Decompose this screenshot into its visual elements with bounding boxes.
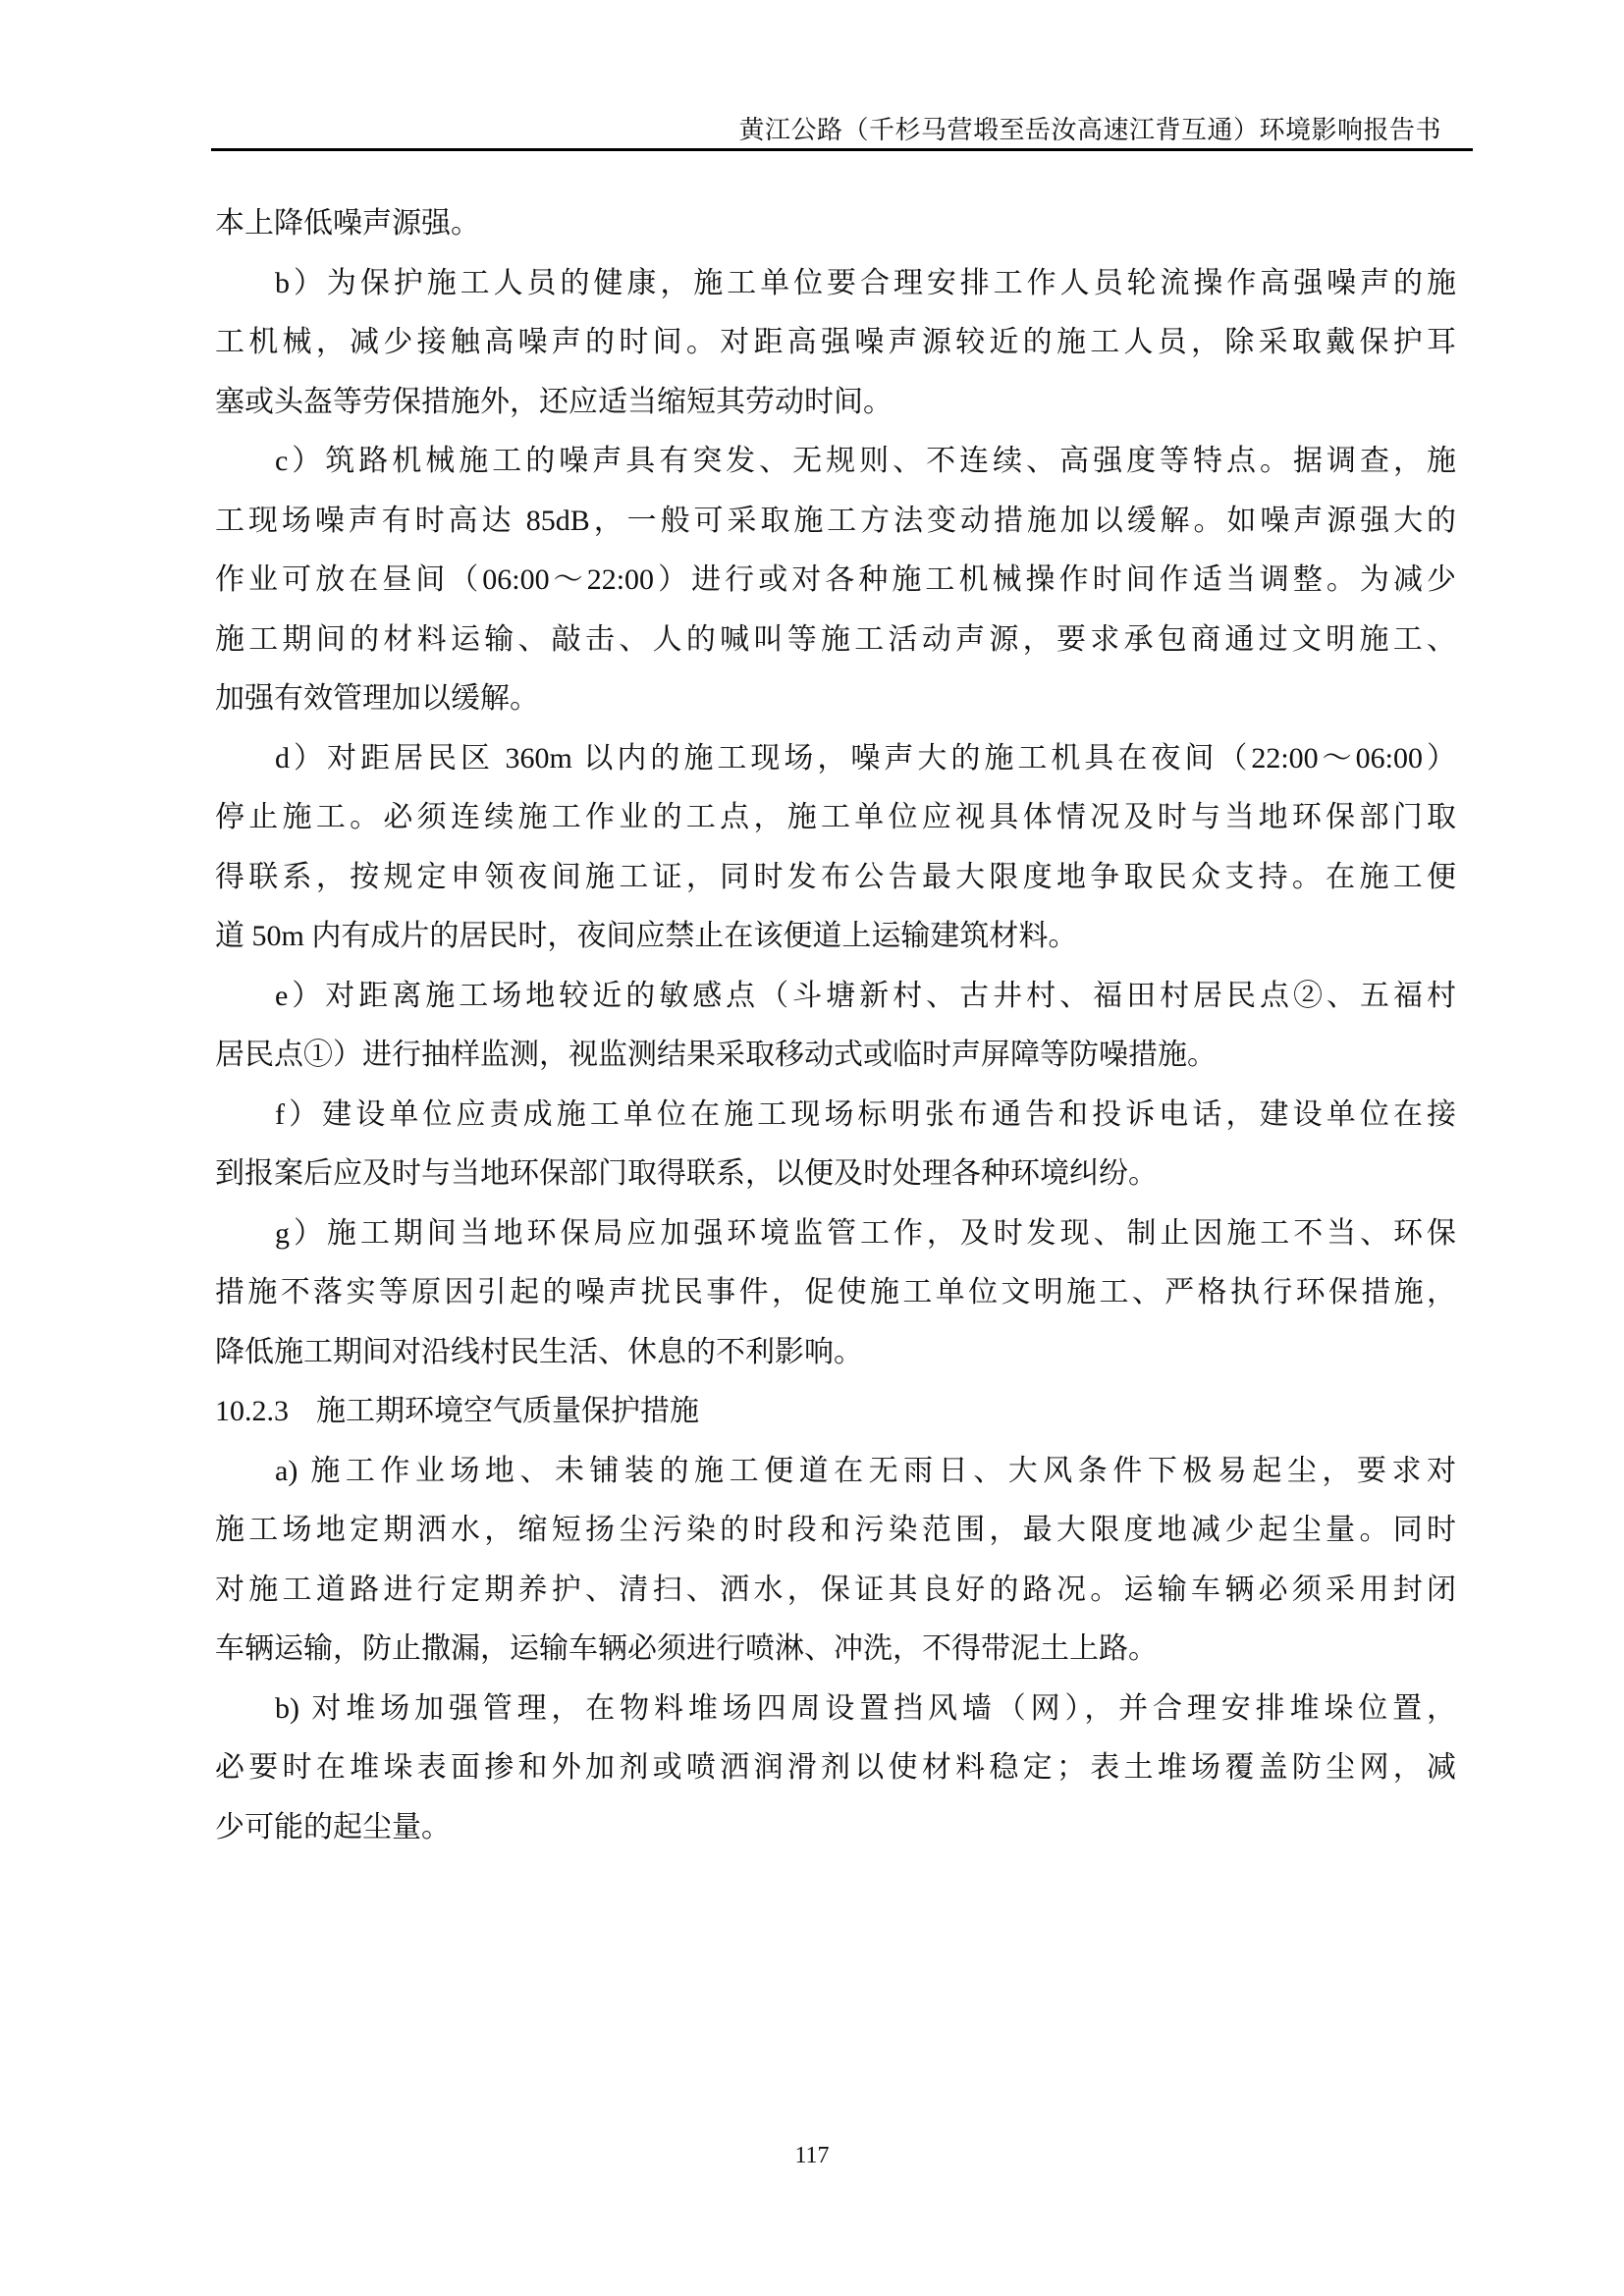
text-line: a) 施工作业场地、未铺装的施工便道在无雨日、大风条件下极易起尘，要求对	[215, 1452, 1456, 1512]
text-line: 工机械，减少接触高噪声的时间。对距高强噪声源较近的施工人员，除采取戴保护耳	[215, 323, 1456, 383]
text-line: 降低施工期间对沿线村民生活、休息的不利影响。	[215, 1333, 1456, 1393]
header-rule	[211, 148, 1473, 151]
text-line: 工现场噪声有时高达 85dB，一般可采取施工方法变动措施加以缓解。如噪声源强大的	[215, 502, 1456, 561]
text-line: 必要时在堆垛表面掺和外加剂或喷洒润滑剂以使材料稳定；表土堆场覆盖防尘网，减	[215, 1748, 1456, 1808]
text-line: 得联系，按规定申领夜间施工证，同时发布公告最大限度地争取民众支持。在施工便	[215, 858, 1456, 918]
document-body: 本上降低噪声源强。 b）为保护施工人员的健康，施工单位要合理安排工作人员轮流操作…	[215, 204, 1456, 1867]
section-heading: 10.2.3施工期环境空气质量保护措施	[215, 1392, 1456, 1452]
text-line: 塞或头盔等劳保措施外，还应适当缩短其劳动时间。	[215, 383, 1456, 443]
text-line: 对施工道路进行定期养护、清扫、洒水，保证其良好的路况。运输车辆必须采用封闭	[215, 1571, 1456, 1630]
text-line: 作业可放在昼间（06:00～22:00）进行或对各种施工机械操作时间作适当调整。…	[215, 561, 1456, 620]
page-number: 117	[0, 2143, 1624, 2169]
text-line: 道 50m 内有成片的居民时，夜间应禁止在该便道上运输建筑材料。	[215, 917, 1456, 977]
text-line: b）为保护施工人员的健康，施工单位要合理安排工作人员轮流操作高强噪声的施	[215, 264, 1456, 324]
text-line: b) 对堆场加强管理，在物料堆场四周设置挡风墙（网），并合理安排堆垛位置，	[215, 1689, 1456, 1749]
text-line: 本上降低噪声源强。	[215, 204, 1456, 264]
text-line: 施工期间的材料运输、敲击、人的喊叫等施工活动声源，要求承包商通过文明施工、	[215, 620, 1456, 680]
text-line: f）建设单位应责成施工单位在施工现场标明张布通告和投诉电话，建设单位在接	[215, 1095, 1456, 1155]
section-number: 10.2.3	[215, 1395, 289, 1427]
text-line: e）对距离施工场地较近的敏感点（斗塘新村、古井村、福田村居民点②、五福村	[215, 977, 1456, 1037]
text-line: 施工场地定期洒水，缩短扬尘污染的时段和污染范围，最大限度地减少起尘量。同时	[215, 1511, 1456, 1571]
text-line: 少可能的起尘量。	[215, 1808, 1456, 1868]
text-line: 居民点①）进行抽样监测，视监测结果采取移动式或临时声屏障等防噪措施。	[215, 1036, 1456, 1095]
section-title: 施工期环境空气质量保护措施	[316, 1395, 699, 1427]
text-line: 停止施工。必须连续施工作业的工点，施工单位应视具体情况及时与当地环保部门取	[215, 798, 1456, 858]
text-line: 加强有效管理加以缓解。	[215, 679, 1456, 739]
text-line: g）施工期间当地环保局应加强环境监管工作，及时发现、制止因施工不当、环保	[215, 1214, 1456, 1274]
text-line: c）筑路机械施工的噪声具有突发、无规则、不连续、高强度等特点。据调查，施	[215, 442, 1456, 502]
text-line: d）对距居民区 360m 以内的施工现场，噪声大的施工机具在夜间（22:00～0…	[215, 739, 1456, 799]
running-header-title: 黄江公路（千杉马营塅至岳汝高速江背互通）环境影响报告书	[738, 110, 1441, 146]
text-line: 到报案后应及时与当地环保部门取得联系，以便及时处理各种环境纠纷。	[215, 1154, 1456, 1214]
text-line: 车辆运输，防止撒漏，运输车辆必须进行喷淋、冲洗，不得带泥土上路。	[215, 1629, 1456, 1689]
text-line: 措施不落实等原因引起的噪声扰民事件，促使施工单位文明施工、严格执行环保措施，	[215, 1273, 1456, 1333]
